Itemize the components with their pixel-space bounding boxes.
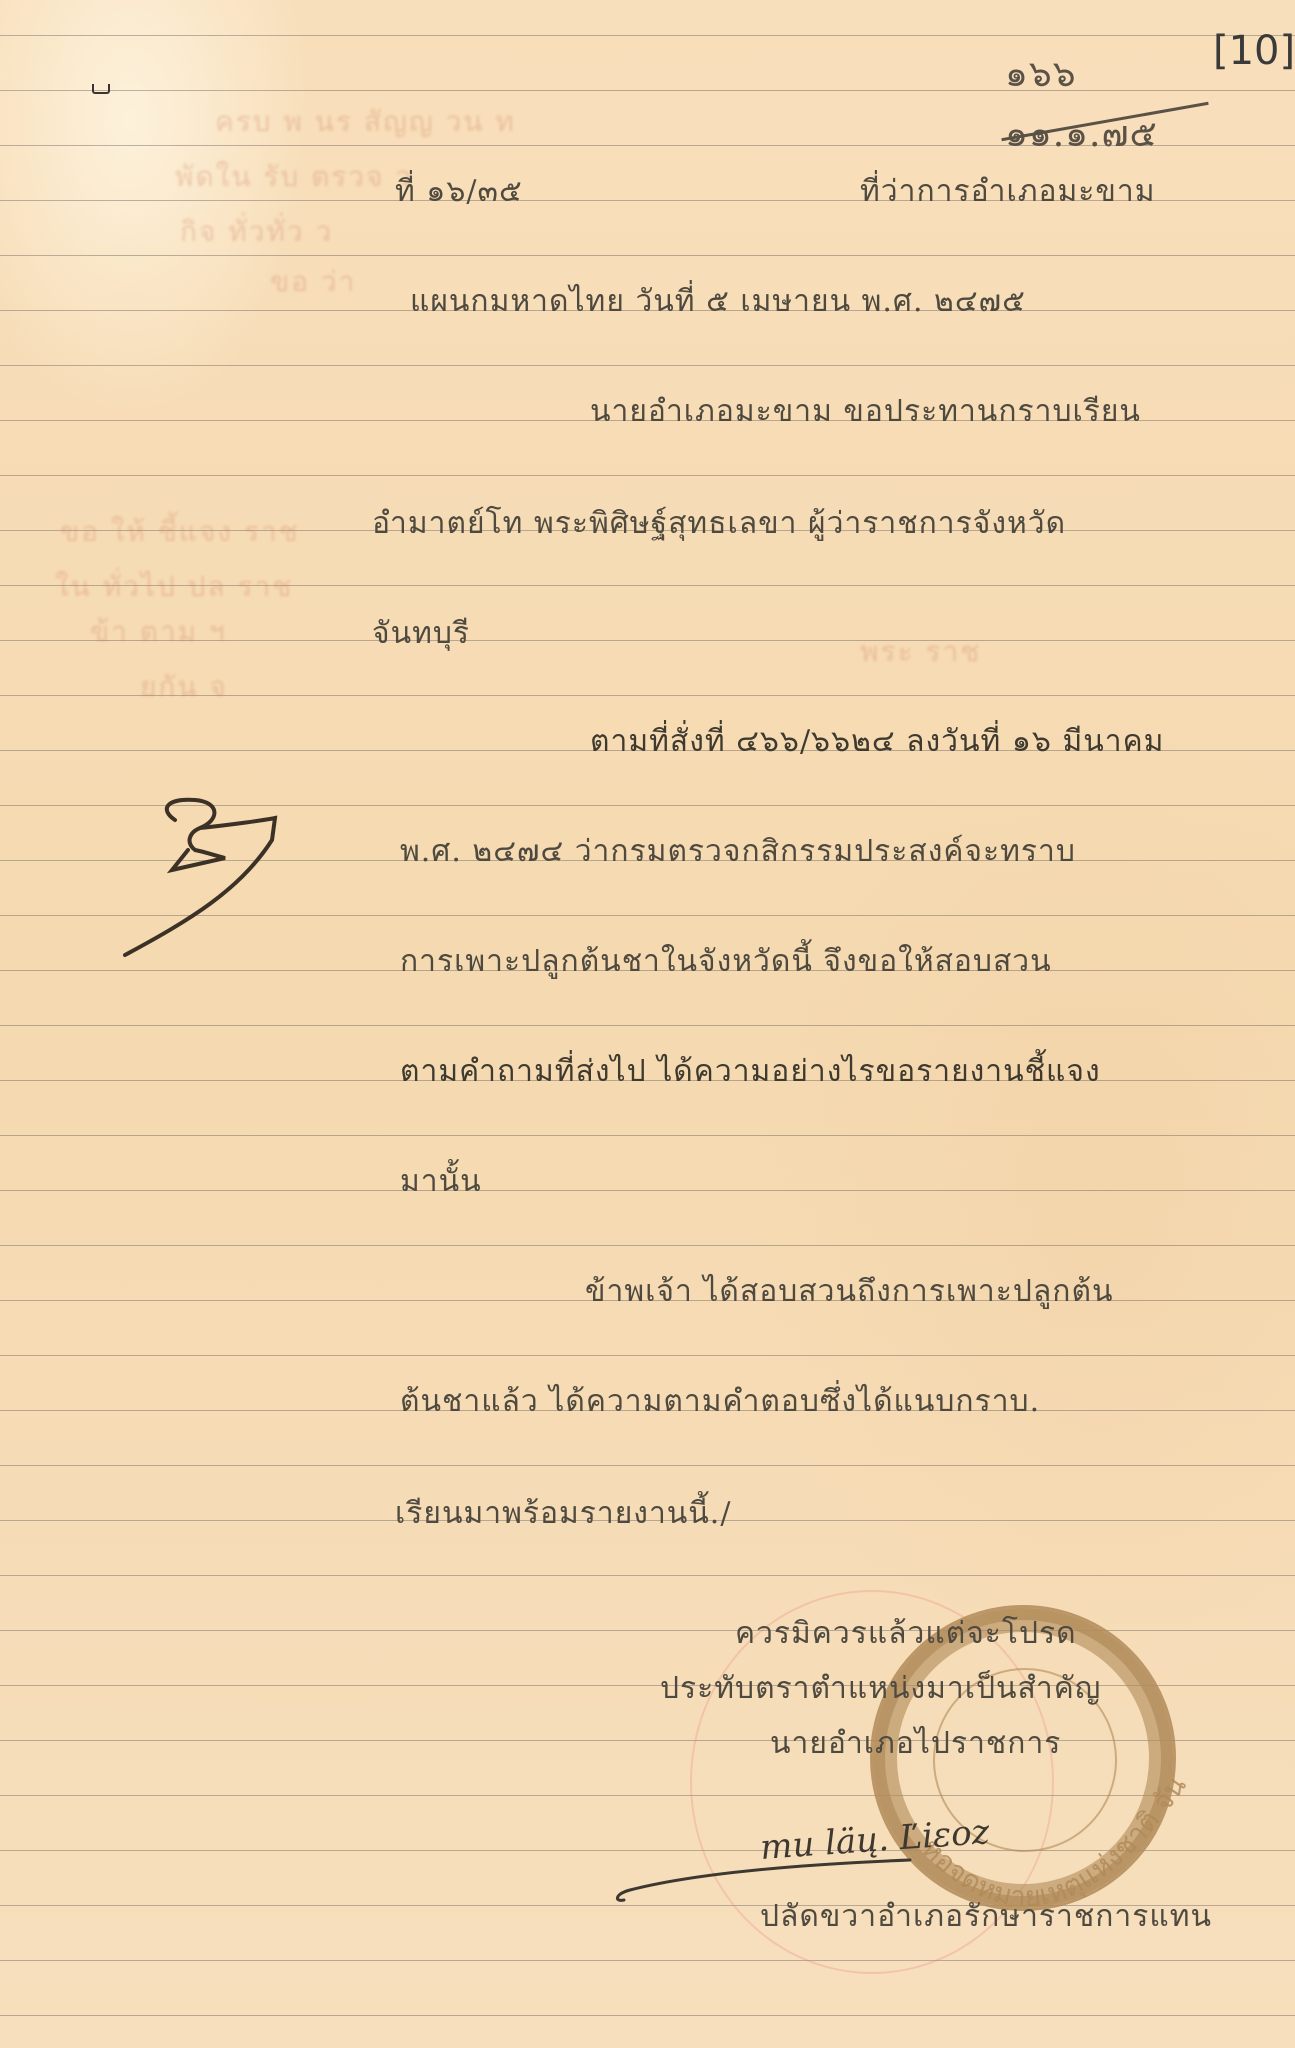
ruled-line xyxy=(0,1190,1295,1191)
closing-line: นายอำเภอไปราชการ xyxy=(770,1720,1061,1767)
ruled-line xyxy=(0,1465,1295,1466)
ruled-line xyxy=(0,1135,1295,1136)
bleed-through-text: ยกัน จ xyxy=(140,665,228,709)
salutation-sender: นายอำเภอมะขาม ขอประทานกราบเรียน xyxy=(590,388,1141,435)
page-number: [10] xyxy=(1213,28,1295,74)
bleed-through-text: พัดใน รับ ตรวจ ว xyxy=(175,155,413,199)
ruled-line xyxy=(0,1575,1295,1576)
body-line: การเพาะปลูกต้นชาในจังหวัดนี้ จึงขอให้สอบ… xyxy=(400,938,1052,985)
ruled-line xyxy=(0,2015,1295,2016)
bleed-through-text: ขอ ให้ ชี้แจง ราช xyxy=(60,510,300,554)
bleed-through-text: ครบ พ นร สัญญ วน ท xyxy=(215,100,516,144)
bleed-through-text: ข้า ตาม ฯ xyxy=(90,610,227,654)
ruled-line xyxy=(0,90,1295,91)
ruled-line xyxy=(0,1025,1295,1026)
ruled-line xyxy=(0,1355,1295,1356)
ruled-line xyxy=(0,1960,1295,1961)
body-line: เรียนมาพร้อมรายงานนี้./ xyxy=(395,1490,731,1537)
bleed-through-text: ขอ ว่า xyxy=(270,260,356,304)
received-number: ๑๖๖ xyxy=(1005,45,1077,102)
ruled-line xyxy=(0,255,1295,256)
bleed-through-text: กิจ ทั่วทั่ว ว xyxy=(180,210,333,254)
salutation-recipient: อำมาตย์โท พระพิศิษฐ์สุทธเลขา ผู้ว่าราชกา… xyxy=(372,500,1066,547)
closing-line: ควรมิควรแล้วแต่จะโปรด xyxy=(735,1610,1077,1657)
ruled-line xyxy=(0,35,1295,36)
ruled-line xyxy=(0,475,1295,476)
signer-title: ปลัดขวาอำเภอรักษาราชการแทน xyxy=(760,1893,1212,1940)
body-line: ข้าพเจ้า ได้สอบสวนถึงการเพาะปลูกต้น xyxy=(585,1268,1113,1315)
staple-hole xyxy=(92,84,110,94)
body-line: พ.ศ. ๒๔๗๔ ว่ากรมตรวจกสิกรรมประสงค์จะทราบ xyxy=(400,828,1076,875)
received-date: ๑๑.๑.๗๕ xyxy=(1005,105,1158,162)
bleed-through-text: พระ ราช xyxy=(860,630,981,674)
body-line: มานั้น xyxy=(400,1158,482,1205)
office-name: ที่ว่าการอำเภอมะขาม xyxy=(860,168,1156,215)
margin-initial-mark xyxy=(120,780,290,940)
body-line: ต้นชาแล้ว ได้ความตามคำตอบซึ่งได้แนบกราบ. xyxy=(400,1378,1040,1425)
reference-number: ที่ ๑๖/๓๕ xyxy=(395,168,523,215)
closing-line: ประทับตราตำแหน่งมาเป็นสำคัญ xyxy=(660,1665,1101,1712)
body-line: ตามที่สั่งที่ ๔๖๖/๖๖๒๔ ลงวันที่ ๑๖ มีนาค… xyxy=(590,718,1164,765)
department-date: แผนกมหาดไทย วันที่ ๕ เมษายน พ.ศ. ๒๔๗๕ xyxy=(410,278,1026,325)
ruled-line xyxy=(0,1245,1295,1246)
body-line: ตามคำถามที่ส่งไป ได้ความอย่างไรขอรายงานช… xyxy=(400,1048,1101,1095)
salutation-province: จันทบุรี xyxy=(372,610,470,657)
bleed-through-text: ใน ทั่วไป ปล ราช xyxy=(55,565,293,609)
ruled-line xyxy=(0,365,1295,366)
